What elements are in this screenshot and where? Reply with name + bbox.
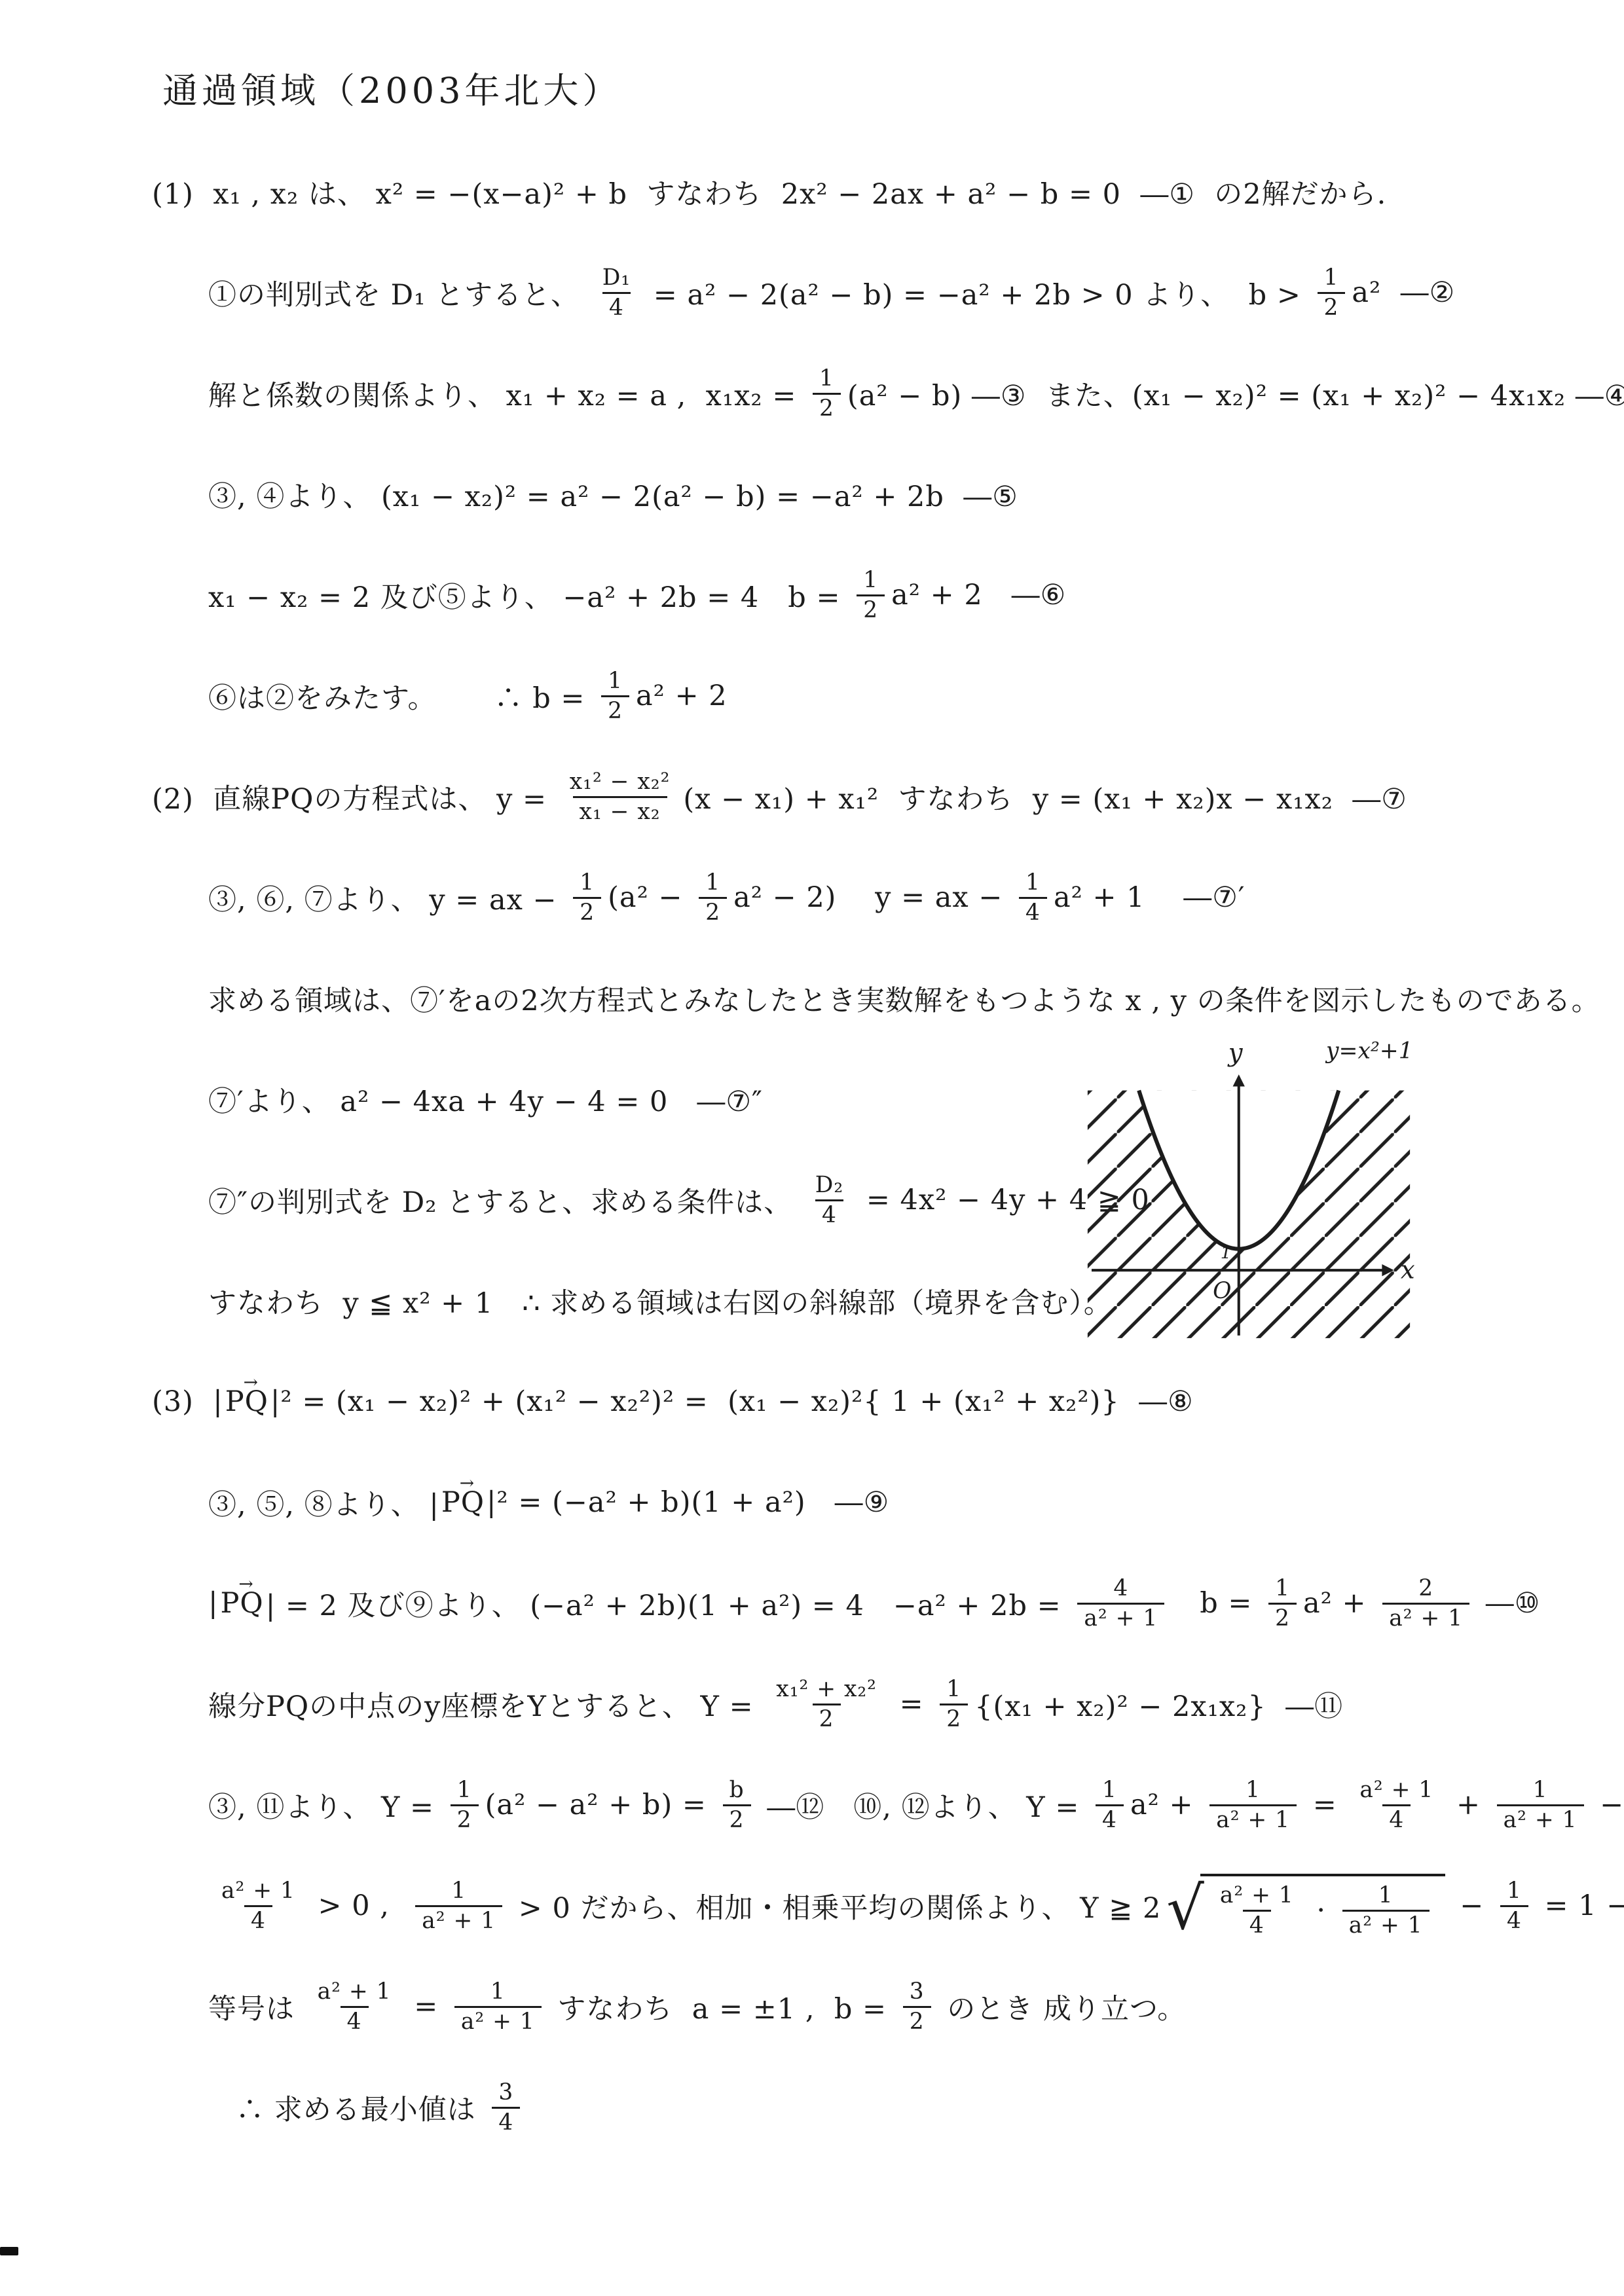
math-text: x₁ − x₂ = 2 及び⑤より、 −a² + 2b = 4 b = [208,575,850,615]
fraction-denominator: 4 [1096,1804,1124,1833]
fraction: 4a² + 1 [1077,1576,1164,1631]
fraction-denominator: 4 [244,1905,272,1934]
math-text: すなわち y ≦ x² + 1 ∴ 求める領域は右図の斜線部（境界を含む）。 [208,1281,1113,1321]
solution-line: ③, ⑥, ⑦より、 y = ax − 12(a² − 12a² − 2) y … [208,865,1624,930]
y-axis-label: y [1227,1038,1244,1068]
y-axis-arrow-icon [1233,1074,1245,1086]
math-text: | [208,1587,219,1620]
fraction-numerator: 1 [445,1878,473,1905]
fraction-denominator: 2 [601,695,629,724]
fraction-denominator: 4 [1019,897,1047,926]
fraction-denominator: 4 [1500,1905,1528,1934]
math-text: 線分PQの中点のy座標をYとすると、 Y = [208,1685,763,1724]
fraction-numerator: a² + 1 [311,1979,398,2006]
fraction-denominator: a² + 1 [1497,1804,1584,1833]
scan-artifact [0,2247,18,2255]
math-text: ①の判別式を D₁ とすると、 [208,273,589,313]
fraction: 12 [940,1677,968,1732]
solution-line: 解と係数の関係より、 x₁ + x₂ = a , x₁x₂ = 12(a² − … [208,361,1624,426]
math-text: > 0 だから、相加・相乗平均の関係より、 Y ≧ 2 [509,1886,1161,1926]
fraction-denominator: a² + 1 [1342,1910,1430,1939]
solution-line: a² + 14 > 0 , 1a² + 1 > 0 だから、相加・相乗平均の関係… [208,1873,1624,1939]
region-figure: y x O 1 y=x²+1 [1082,1029,1416,1342]
math-text: a² + [1303,1587,1376,1620]
fraction-numerator: 4 [1107,1576,1135,1603]
fraction-denominator: 2 [857,594,885,623]
math-text: のとき 成り立つ。 [938,1987,1187,2027]
x-axis-label: x [1401,1255,1415,1285]
solution-line: ①の判別式を D₁ とすると、 D₁4 = a² − 2(a² − b) = −… [208,260,1624,325]
fraction: 34 [492,2080,520,2135]
fraction: 1a² + 1 [1342,1883,1430,1938]
math-text: 解と係数の関係より、 x₁ + x₂ = a , x₁x₂ = [208,374,806,414]
fraction-denominator: 2 [1268,1603,1297,1631]
fraction-denominator: 4 [1382,1804,1411,1833]
fraction-denominator: a² + 1 [415,1905,502,1934]
math-text: · [1307,1894,1336,1927]
fraction-numerator: 1 [1019,870,1047,897]
radicand: a² + 14 · 1a² + 1 [1200,1874,1445,1938]
solution-line: ③, ⑤, ⑧より、 |→PQ|² = (−a² + b)(1 + a²) ―⑨ [208,1470,1624,1535]
fraction: x₁² − x₂²x₁ − x₂ [563,769,677,824]
fraction: 12 [857,568,885,623]
math-text: ③, ⑥, ⑦より、 y = ax − [208,878,566,918]
math-text: ―⑩ [1476,1587,1540,1620]
fraction-numerator: 2 [1412,1576,1440,1603]
fraction-numerator: a² + 1 [1353,1777,1440,1804]
fraction: 12 [1318,265,1346,320]
fraction-numerator: 1 [1526,1777,1555,1804]
fraction: 1a² + 1 [454,1979,542,2034]
math-text: ③, ⑤, ⑧より、 | [208,1483,439,1523]
fraction-numerator: b [723,1777,751,1804]
fraction: 12 [813,366,841,421]
math-text: (1) x₁ , x₂ は、 x² = −(x−a)² + b すなわち 2x²… [152,172,1386,212]
math-text: |² = (−a² + b)(1 + a²) ―⑨ [487,1486,889,1519]
math-text: = a² − 2(a² − b) = −a² + 2b > 0 より、 b > [644,273,1310,313]
fraction-numerator: 1 [1500,1878,1528,1905]
fraction: 12 [1268,1576,1297,1631]
fraction: a² + 14 [311,1979,398,2034]
math-text: (a² − b) ―③ また、(x₁ − x₂)² = (x₁ + x₂)² −… [847,374,1624,414]
fraction-denominator: 4 [1243,1910,1271,1939]
fraction-denominator: 2 [1318,292,1346,321]
fraction-numerator: 1 [451,1777,479,1804]
math-text: > 0 , [308,1889,409,1922]
solution-line: ⑥は②をみたす。 ∴ b = 12a² + 2 [208,663,1624,729]
fraction-numerator: D₂ [809,1173,850,1199]
math-text: a² + [1130,1789,1203,1821]
fraction-denominator: a² + 1 [1077,1603,1164,1631]
fraction-denominator: 2 [723,1804,751,1833]
math-text: (3) | [152,1385,223,1418]
vector-arrow-icon: → [230,1374,272,1392]
math-text: ③, ④より、 (x₁ − x₂)² = a² − 2(a² − b) = −a… [208,475,1018,515]
vector-symbol: →PQ [439,1486,487,1519]
math-text: b = [1171,1587,1262,1620]
math-text: ③, ⑪より、 Y = [208,1785,444,1825]
fraction-numerator: 1 [1096,1777,1124,1804]
math-text: すなわち a = ±1 , b = [548,1987,896,2027]
math-text: = [890,1688,933,1721]
fraction-denominator: 2 [573,897,601,926]
math-text: ⑥は②をみたす。 ∴ b = [208,676,595,716]
solution-line: (3) |→PQ|² = (x₁ − x₂)² + (x₁² − x₂²)² =… [152,1369,1624,1434]
fraction: x₁² + x₂²2 [769,1677,883,1732]
math-text: − [1450,1889,1494,1922]
fraction: 1a² + 1 [1209,1777,1297,1832]
fraction-numerator: 1 [1372,1883,1400,1910]
math-text: a² + 2 ―⑥ [891,579,1066,611]
fraction-denominator: 2 [940,1704,968,1732]
vector-arrow-icon: → [225,1576,268,1594]
math-text: |² = (x₁ − x₂)² + (x₁² − x₂²)² = (x₁ − x… [270,1385,1194,1418]
fraction: b2 [723,1777,751,1832]
fraction: 12 [699,870,727,925]
math-text: a² + 2 [636,680,728,712]
solution-line: ∴ 求める最小値は 34 [236,2075,1624,2140]
math-text: + [1447,1789,1490,1821]
fraction-denominator: 4 [815,1199,843,1228]
fraction: a² + 14 [1353,1777,1440,1832]
fraction-numerator: 1 [601,668,629,695]
fraction-numerator: 3 [903,1979,931,2006]
fraction-numerator: x₁² + x₂² [769,1677,883,1704]
fraction: a² + 14 [1213,1883,1301,1938]
math-text: a² − 2) y = ax − [733,881,1012,914]
math-text: (x − x₁) + x₁² すなわち y = (x₁ + x₂)x − x₁x… [683,777,1407,817]
vector-symbol: →PQ [219,1587,266,1620]
fraction-denominator: 2 [903,2006,931,2035]
fraction-denominator: 2 [451,1804,479,1833]
fraction: D₂4 [809,1173,850,1228]
fraction: 32 [903,1979,931,2034]
fraction-denominator: 2 [813,393,841,422]
vector-symbol: →PQ [223,1385,270,1418]
math-text: = [405,1990,448,2023]
solution-line: 求める領域は、⑦′をaの2次方程式とみなしたとき実数解をもつような x , y … [208,966,1624,1031]
math-text: | = 2 及び⑨より、 (−a² + 2b)(1 + a²) = 4 −a² … [266,1584,1071,1624]
fraction-numerator: 1 [857,568,885,594]
fraction-numerator: 1 [699,870,727,897]
fraction: 14 [1500,1878,1528,1933]
math-text: (2) 直線PQの方程式は、 y = [152,777,557,817]
fraction: D₁4 [596,265,637,320]
fraction-denominator: a² + 1 [454,2006,542,2035]
math-text: = 1 − [1535,1889,1624,1922]
math-text: = [1303,1789,1346,1821]
fraction-numerator: 3 [492,2080,520,2107]
fraction-numerator: a² + 1 [215,1878,302,1905]
math-text: ―⑫ ⑩, ⑫より、 Y = [758,1785,1089,1825]
origin-label: O [1213,1278,1231,1304]
fraction-numerator: 1 [1268,1576,1297,1603]
fraction: 14 [1019,870,1047,925]
fraction-numerator: D₁ [596,265,637,292]
solution-line: |→PQ| = 2 及び⑨より、 (−a² + 2b)(1 + a²) = 4 … [208,1571,1624,1636]
math-text: − [1591,1789,1624,1821]
fraction: 1a² + 1 [415,1878,502,1933]
math-text: (a² − a² + b) = [485,1789,716,1821]
solution-line: (1) x₁ , x₂ は、 x² = −(x−a)² + b すなわち 2x²… [152,159,1624,225]
fraction-numerator: 1 [573,870,601,897]
solution-line: ③, ④より、 (x₁ − x₂)² = a² − 2(a² − b) = −a… [208,462,1624,527]
solution-line: (2) 直線PQの方程式は、 y = x₁² − x₂²x₁ − x₂(x − … [152,764,1624,829]
fraction-denominator: a² + 1 [1382,1603,1469,1631]
page-title: 通過領域（2003年北大） [162,0,1624,113]
math-text: 等号は [208,1987,304,2027]
solution-line: 線分PQの中点のy座標をYとすると、 Y = x₁² + x₂²2 = 12{(… [208,1671,1624,1737]
math-text: 求める領域は、⑦′をaの2次方程式とみなしたとき実数解をもつような x , y … [208,979,1600,1019]
fraction-denominator: 2 [699,897,727,926]
solution-line: ③, ⑪より、 Y = 12(a² − a² + b) = b2 ―⑫ ⑩, ⑫… [208,1772,1624,1838]
solution-line: 等号は a² + 14 = 1a² + 1 すなわち a = ±1 , b = … [208,1974,1624,2039]
math-text: a² + 1 ―⑦′ [1054,881,1246,914]
radical-icon: √ [1166,1886,1205,1933]
document-page: 通過領域（2003年北大） (1) x₁ , x₂ は、 x² = −(x−a)… [0,0,1624,2296]
math-text: {(x₁ + x₂)² − 2x₁x₂} ―⑪ [974,1685,1343,1724]
math-text: ⑦″の判別式を D₂ とすると、求める条件は、 [208,1180,802,1220]
vector-arrow-icon: → [446,1475,489,1493]
fraction: 12 [451,1777,479,1832]
fraction-denominator: x₁ − x₂ [573,796,667,825]
fraction-numerator: a² + 1 [1213,1883,1301,1910]
math-text: ∴ 求める最小値は [236,2088,485,2128]
fraction: 1a² + 1 [1497,1777,1584,1832]
math-text: ⑦′より、 a² − 4xa + 4y − 4 = 0 ―⑦″ [208,1080,763,1120]
fraction-numerator: 1 [940,1677,968,1704]
fraction: 12 [601,668,629,723]
vertex-tick-label: 1 [1221,1243,1232,1263]
fraction-numerator: 1 [1239,1777,1267,1804]
math-text: a² ―② [1352,276,1455,309]
fraction: 2a² + 1 [1382,1576,1469,1631]
fraction-numerator: 1 [813,366,841,393]
fraction: a² + 14 [215,1878,302,1933]
fraction-numerator: 1 [1318,265,1346,292]
math-text: (a² − [608,881,692,914]
fraction-denominator: 4 [602,292,631,321]
fraction-denominator: 2 [813,1704,841,1732]
square-root: √a² + 14 · 1a² + 1 [1166,1874,1445,1938]
solution-line: x₁ − x₂ = 2 及び⑤より、 −a² + 2b = 4 b = 12a²… [208,562,1624,628]
fraction-denominator: a² + 1 [1209,1804,1297,1833]
fraction: 12 [573,870,601,925]
curve-equation-label: y=x²+1 [1325,1038,1413,1065]
fraction-denominator: 4 [492,2107,520,2136]
fraction: 14 [1096,1777,1124,1832]
fraction-numerator: x₁² − x₂² [563,769,677,796]
fraction-numerator: 1 [484,1979,512,2006]
fraction-denominator: 4 [341,2006,369,2035]
